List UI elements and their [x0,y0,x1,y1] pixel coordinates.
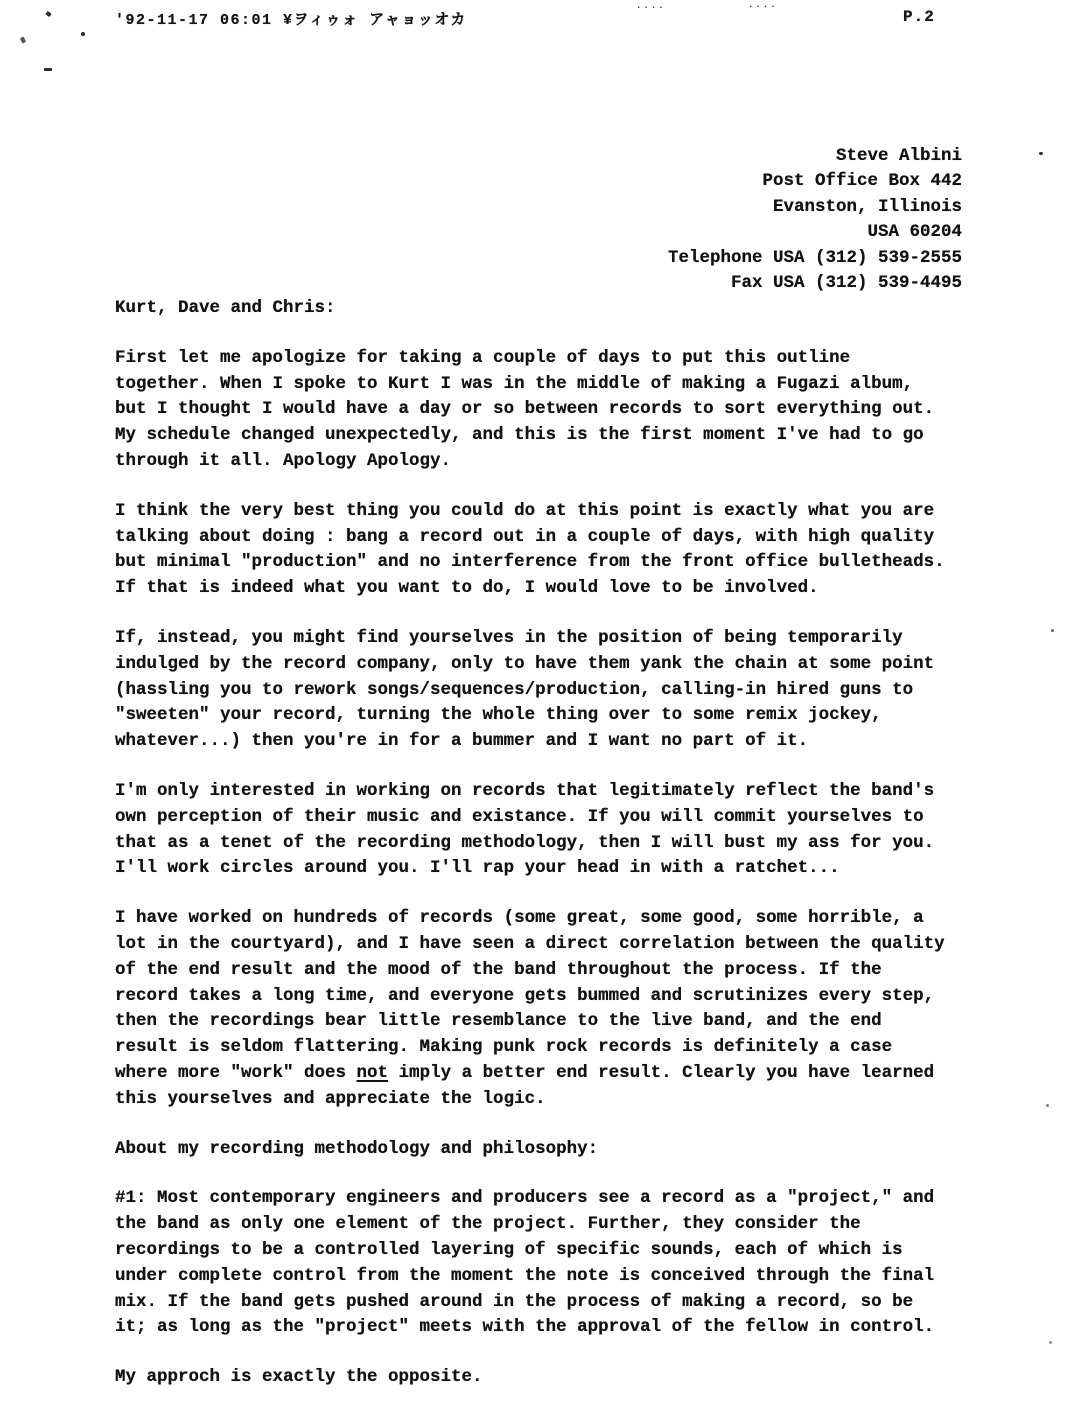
scan-speck [44,68,52,71]
sender-po-box: Post Office Box 442 [668,169,962,194]
correlation-text-before: I have worked on hundreds of records (so… [115,908,945,1083]
paragraph-correlation: I have worked on hundreds of records (so… [115,906,985,1112]
scan-speck [1049,1341,1052,1344]
scan-speck [20,36,26,43]
fax-header-timestamp: '92-11-17 06:01 ¥ヲィゥォ アャョッオカ [115,8,467,29]
underlined-not: not [357,1063,389,1083]
paragraph-apology: First let me apologize for taking a coup… [115,346,985,475]
methodology-heading: About my recording methodology and philo… [115,1137,985,1163]
scan-artifact-dots: .... [748,0,778,10]
sender-city: Evanston, Illinois [668,195,962,220]
paragraph-best-thing: I think the very best thing you could do… [115,499,985,602]
salutation: Kurt, Dave and Chris: [115,296,985,322]
letter-body: Kurt, Dave and Chris: First let me apolo… [115,296,985,1415]
sender-zip: USA 60204 [668,220,962,245]
sender-address-block: Steve Albini Post Office Box 442 Evansto… [668,144,962,296]
paragraph-point-1: #1: Most contemporary engineers and prod… [115,1186,985,1341]
scan-speck [1051,629,1054,632]
scan-speck [1039,152,1043,155]
scan-speck [1046,1104,1049,1107]
sender-telephone: Telephone USA (312) 539-2555 [668,246,962,271]
scan-artifact-dots: .... [636,1,666,11]
sender-name: Steve Albini [668,144,962,169]
paragraph-record-company: If, instead, you might find yourselves i… [115,626,985,755]
fax-page-number: P.2 [903,8,935,26]
scanned-fax-letter-page: '92-11-17 06:01 ¥ヲィゥォ アャョッオカ P.2 .... ..… [0,0,1080,1417]
paragraph-commitment: I'm only interested in working on record… [115,779,985,882]
scan-speck [45,11,51,17]
closing-line: My approch is exactly the opposite. [115,1365,985,1391]
scan-speck [81,32,85,36]
sender-fax: Fax USA (312) 539-4495 [668,271,962,296]
